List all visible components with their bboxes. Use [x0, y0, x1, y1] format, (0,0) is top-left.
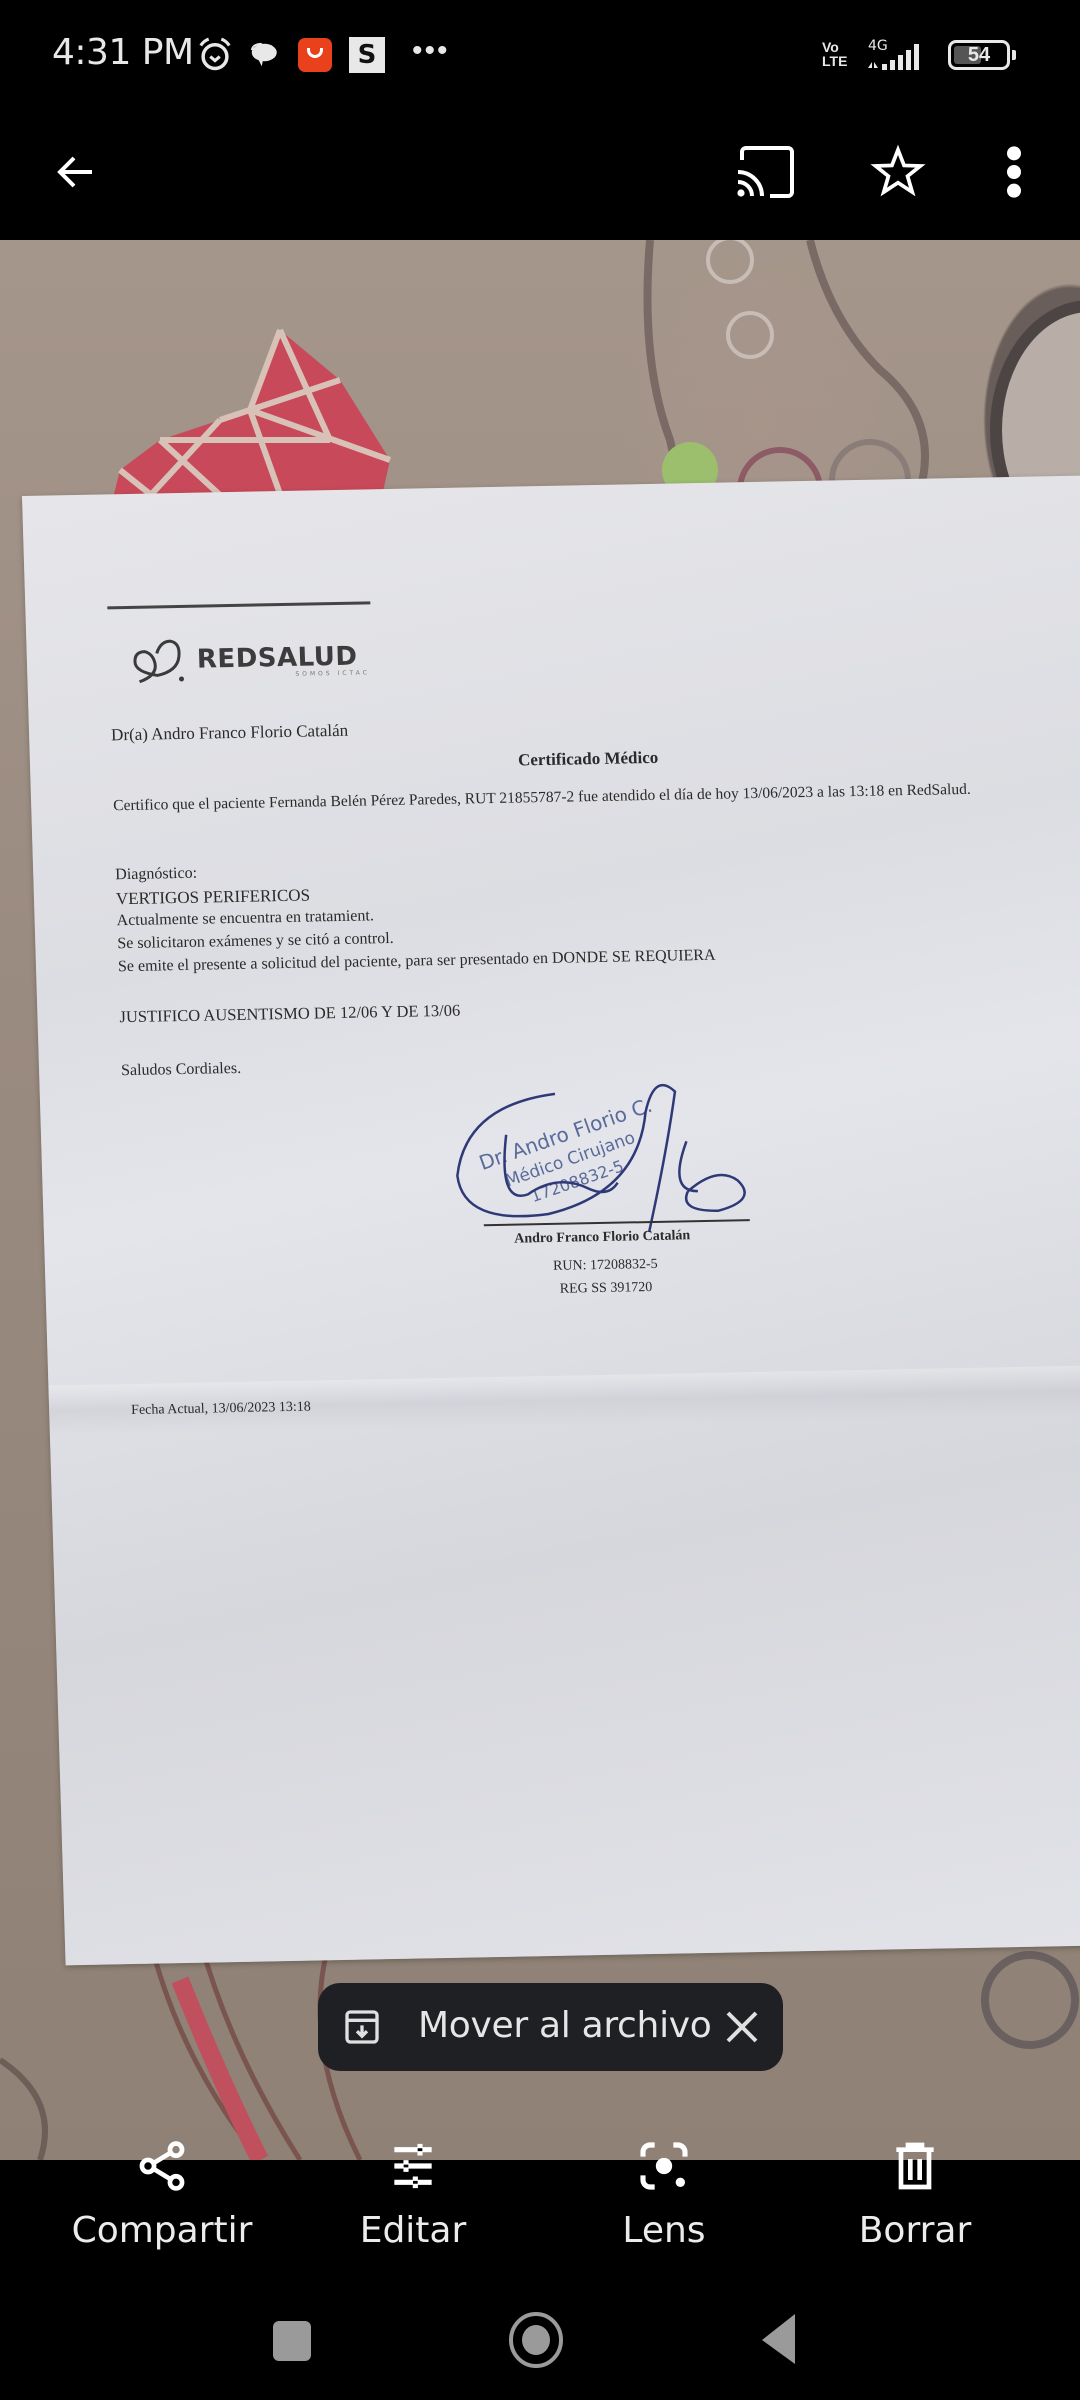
arrow-back-icon — [52, 148, 100, 196]
archive-icon[interactable] — [342, 2007, 382, 2047]
delete-button[interactable]: Borrar — [805, 2136, 1025, 2286]
edit-button[interactable]: Editar — [303, 2136, 523, 2286]
chat-bubble-icon — [248, 40, 278, 70]
photo-viewer[interactable]: REDSALUD SOMOS ICTAC Dr(a) Andro Franco … — [0, 240, 1080, 2160]
diagnosis-label: Diagnóstico: — [115, 865, 197, 885]
tune-icon — [385, 2138, 441, 2194]
cast-button[interactable] — [726, 132, 806, 212]
more-options-button[interactable] — [974, 132, 1054, 212]
home-button[interactable] — [496, 2304, 576, 2374]
status-time: 4:31 PM — [52, 32, 194, 73]
lens-button[interactable]: Lens — [554, 2136, 774, 2286]
back-button[interactable] — [36, 132, 116, 212]
star-outline-icon — [870, 144, 926, 200]
aliexpress-icon — [298, 38, 332, 72]
bottom-action-bar: Compartir Editar Lens — [0, 2160, 1080, 2280]
edit-label: Editar — [303, 2210, 523, 2251]
app-bar — [0, 110, 1080, 240]
delete-label: Borrar — [805, 2210, 1025, 2251]
regards-line: Saludos Cordiales. — [121, 1060, 242, 1080]
doctor-line: Dr(a) Andro Franco Florio Catalán — [111, 721, 349, 746]
justify-line: JUSTIFICO AUSENTISMO DE 12/06 Y DE 13/06 — [119, 1001, 460, 1028]
favorite-button[interactable] — [858, 132, 938, 212]
cast-icon — [734, 144, 798, 200]
exams-line: Se solicitaron exámenes y se citó a cont… — [117, 930, 394, 953]
status-bar: 4:31 PM S ••• Vo LTE 4G 54 — [0, 0, 1080, 110]
battery-icon: 54 — [948, 40, 1010, 70]
header-rule — [107, 601, 370, 609]
system-nav-bar — [0, 2280, 1080, 2400]
s-app-icon: S — [349, 37, 385, 73]
share-button[interactable]: Compartir — [52, 2136, 272, 2286]
diagnosis-value: VERTIGOS PERIFERICOS — [116, 886, 311, 910]
trash-icon — [887, 2138, 943, 2194]
heart-logo-icon — [126, 635, 187, 686]
snackbar: Mover al archivo — [318, 1983, 783, 2071]
signer-name: Andro Franco Florio Catalán — [514, 1228, 690, 1247]
medical-certificate-document: REDSALUD SOMOS ICTAC Dr(a) Andro Franco … — [22, 476, 1080, 1966]
battery-percent: 54 — [951, 43, 1007, 67]
more-vert-icon — [1004, 144, 1024, 200]
treatment-line: Actualmente se encuentra en tratamient. — [116, 907, 374, 930]
lens-label: Lens — [554, 2210, 774, 2251]
lens-icon — [636, 2138, 692, 2194]
redsalud-logo: REDSALUD SOMOS ICTAC — [126, 632, 358, 686]
close-icon[interactable] — [718, 2003, 766, 2051]
certify-text: Certifico que el paciente Fernanda Belén… — [113, 781, 971, 815]
more-notifications-icon: ••• — [412, 34, 450, 68]
signal-icon: 4G — [866, 38, 936, 72]
snackbar-text[interactable]: Mover al archivo — [418, 2005, 712, 2046]
alarm-icon — [196, 36, 234, 74]
signer-run: RUN: 17208832-5 — [553, 1257, 658, 1275]
logo-tagline: SOMOS ICTAC — [295, 669, 370, 677]
document-title: Certificado Médico — [518, 748, 659, 771]
share-icon — [134, 2138, 190, 2194]
back-nav-button[interactable] — [740, 2304, 820, 2374]
share-label: Compartir — [52, 2210, 272, 2251]
recents-button[interactable] — [252, 2304, 332, 2374]
volte-icon: Vo LTE — [822, 40, 847, 68]
svg-text:4G: 4G — [868, 38, 888, 54]
signer-reg: REG SS 391720 — [560, 1280, 653, 1298]
